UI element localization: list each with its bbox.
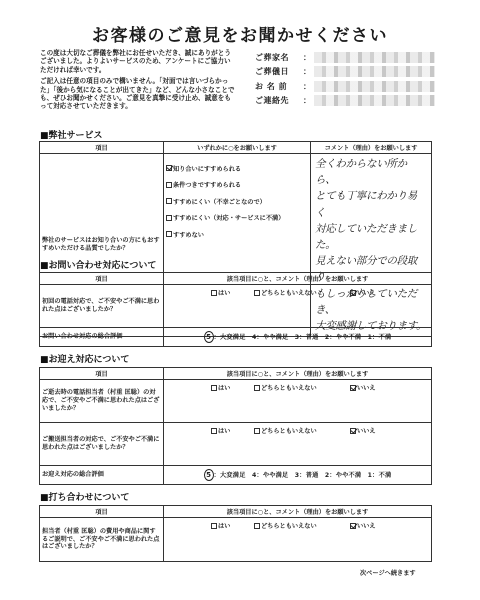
info-label: ご葬儀日 — [255, 66, 300, 77]
yes-no-options: はい どちらともいえない いいえ — [164, 285, 431, 297]
column-header: 該当項目に○と、コメント（理由）をお願いします — [164, 506, 432, 518]
checkbox[interactable] — [166, 198, 172, 204]
rating-label: お迎え対応の総合評価 — [40, 466, 164, 485]
redacted-value — [314, 66, 435, 77]
section-title-inquiry: ■お問い合わせ対応について — [40, 258, 156, 271]
question-cell: 担当者（村重 匡聡）の費用や商品に関するご説明で、ご不安やご不満に思われた点はご… — [40, 518, 164, 562]
comment-line: とても丁寧にわかり易く — [315, 188, 427, 220]
column-header: 項目 — [40, 273, 164, 285]
option-label: どちらともいえない — [261, 521, 317, 530]
info-label: お 名 前 — [255, 81, 300, 92]
answer-cell: はい どちらともいえない いいえ — [164, 518, 432, 562]
option-label: 知り合いにすすめられる — [173, 164, 241, 173]
option-label: 条件つきですすめられる — [173, 180, 241, 189]
intro-paragraph: この度は大切なご葬儀を弊社にお任せいただき、誠にありがとうございました。よりよい… — [40, 49, 235, 74]
option-no[interactable]: いいえ — [350, 521, 376, 530]
checkbox[interactable] — [166, 215, 172, 221]
checkbox[interactable] — [211, 523, 217, 529]
intro-paragraph: ご記入は任意の項目のみで構いません。「対面では言いづらかった」「後から気になるこ… — [40, 77, 235, 111]
section-title-pickup: ■お迎え対応について — [40, 352, 129, 365]
comment-line: 全くわからない所から、 — [315, 156, 427, 188]
question-cell: 初回の電話対応で、ご不安やご不満に思われた点はございましたか？ — [40, 285, 164, 328]
rating-scale-text: ：大変満足 4：やや満足 3：普通 2：やや不満 1：不満 — [214, 472, 392, 479]
option-no[interactable]: いいえ — [350, 288, 376, 297]
checkbox[interactable] — [254, 523, 260, 529]
redacted-value — [314, 81, 435, 92]
section-title-service: ■弊社サービス — [40, 128, 103, 141]
option-neutral[interactable]: どちらともいえない — [254, 426, 350, 435]
checkbox[interactable] — [166, 231, 172, 237]
rating-label: お問い合わせ対応の総合評価 — [40, 328, 164, 347]
info-row-name: お 名 前 ： — [255, 79, 435, 94]
option-neutral[interactable]: どちらともいえない — [254, 383, 350, 392]
option-label: はい — [218, 383, 230, 392]
option-label: どちらともいえない — [261, 383, 317, 392]
option-yes[interactable]: はい — [211, 426, 254, 435]
info-colon: ： — [300, 66, 314, 77]
rating-scale[interactable]: 5：大変満足 4：やや満足 3：普通 2：やや不満 1：不満 — [164, 328, 432, 347]
option-label: すすめにくい（不幸ごとなので） — [173, 197, 266, 206]
option-yes[interactable]: はい — [211, 288, 254, 297]
option-label: すすめにくい（対応・サービスに不満） — [173, 213, 284, 222]
info-colon: ： — [300, 95, 314, 106]
checkbox-checked[interactable] — [350, 385, 356, 391]
selected-rating[interactable]: 5 — [204, 331, 214, 343]
pickup-table: 項目 該当項目に○と、コメント（理由）をお願いします ご逝去時の電話担当者（村重… — [39, 367, 432, 485]
option-hard-dissatisfied[interactable]: すすめにくい（対応・サービスに不満） — [166, 210, 308, 227]
answer-cell: はい どちらともいえない いいえ — [164, 285, 432, 328]
redacted-value — [314, 52, 435, 63]
option-hard-misfortune[interactable]: すすめにくい（不幸ごとなので） — [166, 193, 308, 210]
option-recommend[interactable]: 知り合いにすすめられる — [166, 160, 308, 177]
checkbox-checked[interactable] — [350, 523, 356, 529]
checkbox-checked[interactable] — [350, 290, 356, 296]
column-header: 項目 — [40, 142, 164, 154]
info-row-funeral-date: ご葬儀日 ： — [255, 65, 435, 80]
info-row-family-name: ご葬家名 ： — [255, 50, 435, 65]
option-yes[interactable]: はい — [211, 521, 254, 530]
checkbox-checked[interactable] — [350, 428, 356, 434]
option-label: いいえ — [357, 426, 376, 435]
comment-line: 対応していただきました。 — [315, 221, 427, 253]
customer-info: ご葬家名 ： ご葬儀日 ： お 名 前 ： ご連絡先 ： — [255, 50, 435, 108]
checkbox[interactable] — [211, 290, 217, 296]
option-label: どちらともいえない — [261, 288, 317, 297]
rating-scale[interactable]: 5：大変満足 4：やや満足 3：普通 2：やや不満 1：不満 — [164, 466, 432, 485]
inquiry-table: 項目 該当項目に○と、コメント（理由）をお願いします 初回の電話対応で、ご不安や… — [39, 272, 432, 347]
checkbox[interactable] — [254, 290, 260, 296]
checkbox[interactable] — [254, 428, 260, 434]
redacted-value — [314, 95, 435, 106]
option-label: はい — [218, 288, 230, 297]
option-no[interactable]: いいえ — [350, 426, 376, 435]
option-label: いいえ — [357, 521, 376, 530]
option-label: いいえ — [357, 288, 376, 297]
section-title-meeting: ■打ち合わせについて — [40, 490, 129, 503]
meeting-table: 項目 該当項目に○と、コメント（理由）をお願いします 担当者（村重 匡聡）の費用… — [39, 505, 432, 562]
info-colon: ： — [300, 81, 314, 92]
yes-no-options: はい どちらともいえない いいえ — [164, 518, 431, 530]
checkbox[interactable] — [211, 385, 217, 391]
option-label: はい — [218, 426, 230, 435]
answer-cell: はい どちらともいえない いいえ — [164, 380, 432, 423]
page-title: お客様のご意見をお聞かせください — [0, 21, 480, 46]
option-neutral[interactable]: どちらともいえない — [254, 521, 350, 530]
column-header: 項目 — [40, 506, 164, 518]
option-conditional[interactable]: 条件つきですすめられる — [166, 177, 308, 194]
info-label: ご連絡先 — [255, 95, 300, 106]
column-header: いずれかに○をお願いします — [164, 142, 311, 154]
option-label: すすめない — [173, 230, 204, 239]
option-yes[interactable]: はい — [211, 383, 254, 392]
option-neutral[interactable]: どちらともいえない — [254, 288, 350, 297]
column-header: 項目 — [40, 368, 164, 380]
checkbox[interactable] — [166, 182, 172, 188]
option-label: いいえ — [357, 383, 376, 392]
answer-cell: はい どちらともいえない いいえ — [164, 423, 432, 466]
column-header: 該当項目に○と、コメント（理由）をお願いします — [164, 368, 432, 380]
checkbox[interactable] — [211, 428, 217, 434]
column-header: 該当項目に○と、コメント（理由）をお願いします — [164, 273, 432, 285]
info-label: ご葬家名 — [255, 52, 300, 63]
option-label: どちらともいえない — [261, 426, 317, 435]
option-no[interactable]: いいえ — [350, 383, 376, 392]
yes-no-options: はい どちらともいえない いいえ — [164, 380, 431, 392]
continued-note: 次ページへ続きます — [360, 568, 416, 577]
rating-scale-text: ：大変満足 4：やや満足 3：普通 2：やや不満 1：不満 — [214, 334, 392, 341]
question-cell: ご逝去時の電話担当者（村重 匡聡）の対応で、ご不安やご不満に思われた点はございま… — [40, 380, 164, 423]
selected-rating[interactable]: 5 — [204, 469, 214, 481]
column-header: コメント（理由）をお願いします — [311, 142, 432, 154]
question-cell: ご搬送担当者の対応で、ご不安やご不満に思われた点はございましたか？ — [40, 423, 164, 466]
checkbox[interactable] — [254, 385, 260, 391]
intro-text: この度は大切なご葬儀を弊社にお任せいただき、誠にありがとうございました。よりよい… — [40, 49, 235, 114]
option-label: はい — [218, 521, 230, 530]
yes-no-options: はい どちらともいえない いいえ — [164, 423, 431, 435]
info-row-contact: ご連絡先 ： — [255, 94, 435, 109]
option-not-recommend[interactable]: すすめない — [166, 226, 308, 243]
checkbox-checked[interactable] — [166, 165, 172, 171]
info-colon: ： — [300, 52, 314, 63]
